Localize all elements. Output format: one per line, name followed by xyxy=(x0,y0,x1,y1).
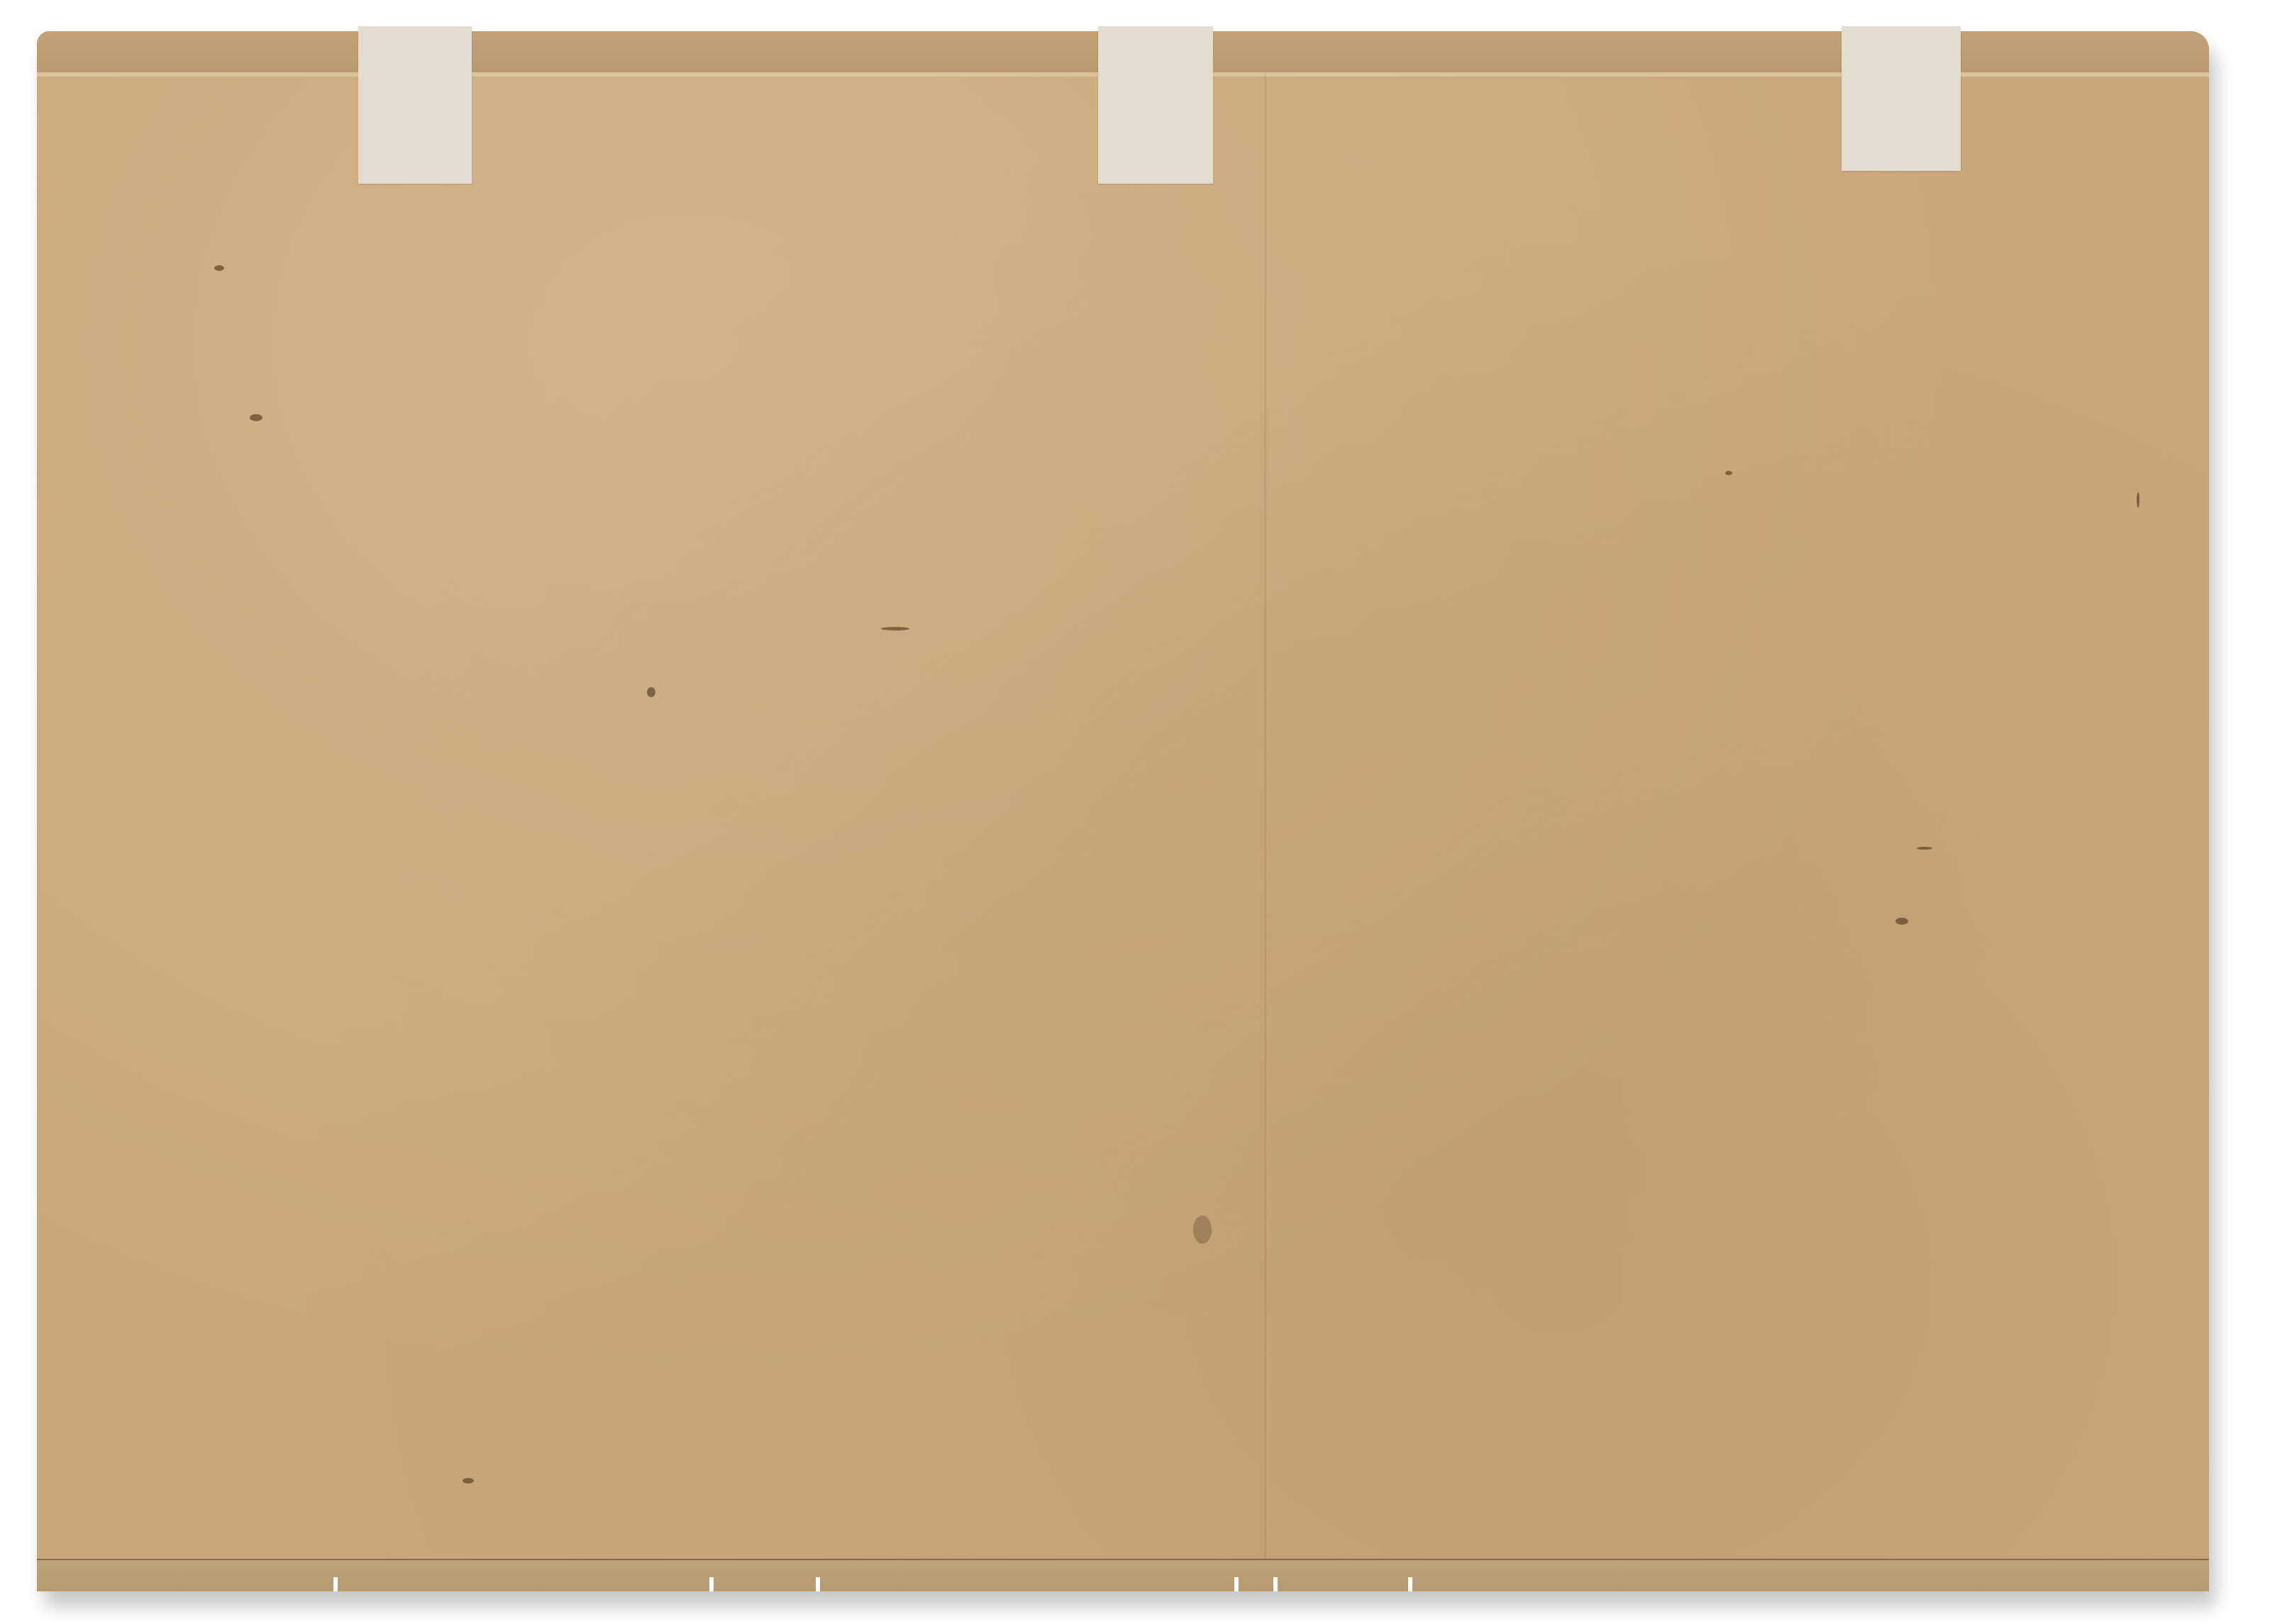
edge-notch xyxy=(1273,1577,1278,1591)
edge-notch xyxy=(709,1577,714,1591)
paper-fleck xyxy=(214,265,224,271)
paper-fleck xyxy=(881,627,909,630)
paper-fleck xyxy=(647,687,655,697)
hinge-tape-left xyxy=(358,26,472,184)
hinge-tape-right xyxy=(1842,26,1961,171)
bottom-folded-edge xyxy=(37,1559,2209,1591)
paper-fleck xyxy=(2137,492,2139,508)
paper-fleck xyxy=(1917,847,1932,850)
edge-notch xyxy=(333,1577,338,1591)
paper-fleck xyxy=(250,414,262,421)
edge-notch xyxy=(1234,1577,1239,1591)
center-fold-seam xyxy=(1264,74,1266,1563)
paper-fleck xyxy=(1193,1216,1212,1244)
edge-notch xyxy=(1408,1577,1412,1591)
edge-notch xyxy=(816,1577,820,1591)
hinge-tape-center xyxy=(1098,26,1213,184)
paper-fleck xyxy=(1895,918,1908,925)
paper-fleck xyxy=(463,1478,474,1484)
paper-sheet xyxy=(37,31,2209,1591)
paper-fleck xyxy=(1725,471,1732,475)
